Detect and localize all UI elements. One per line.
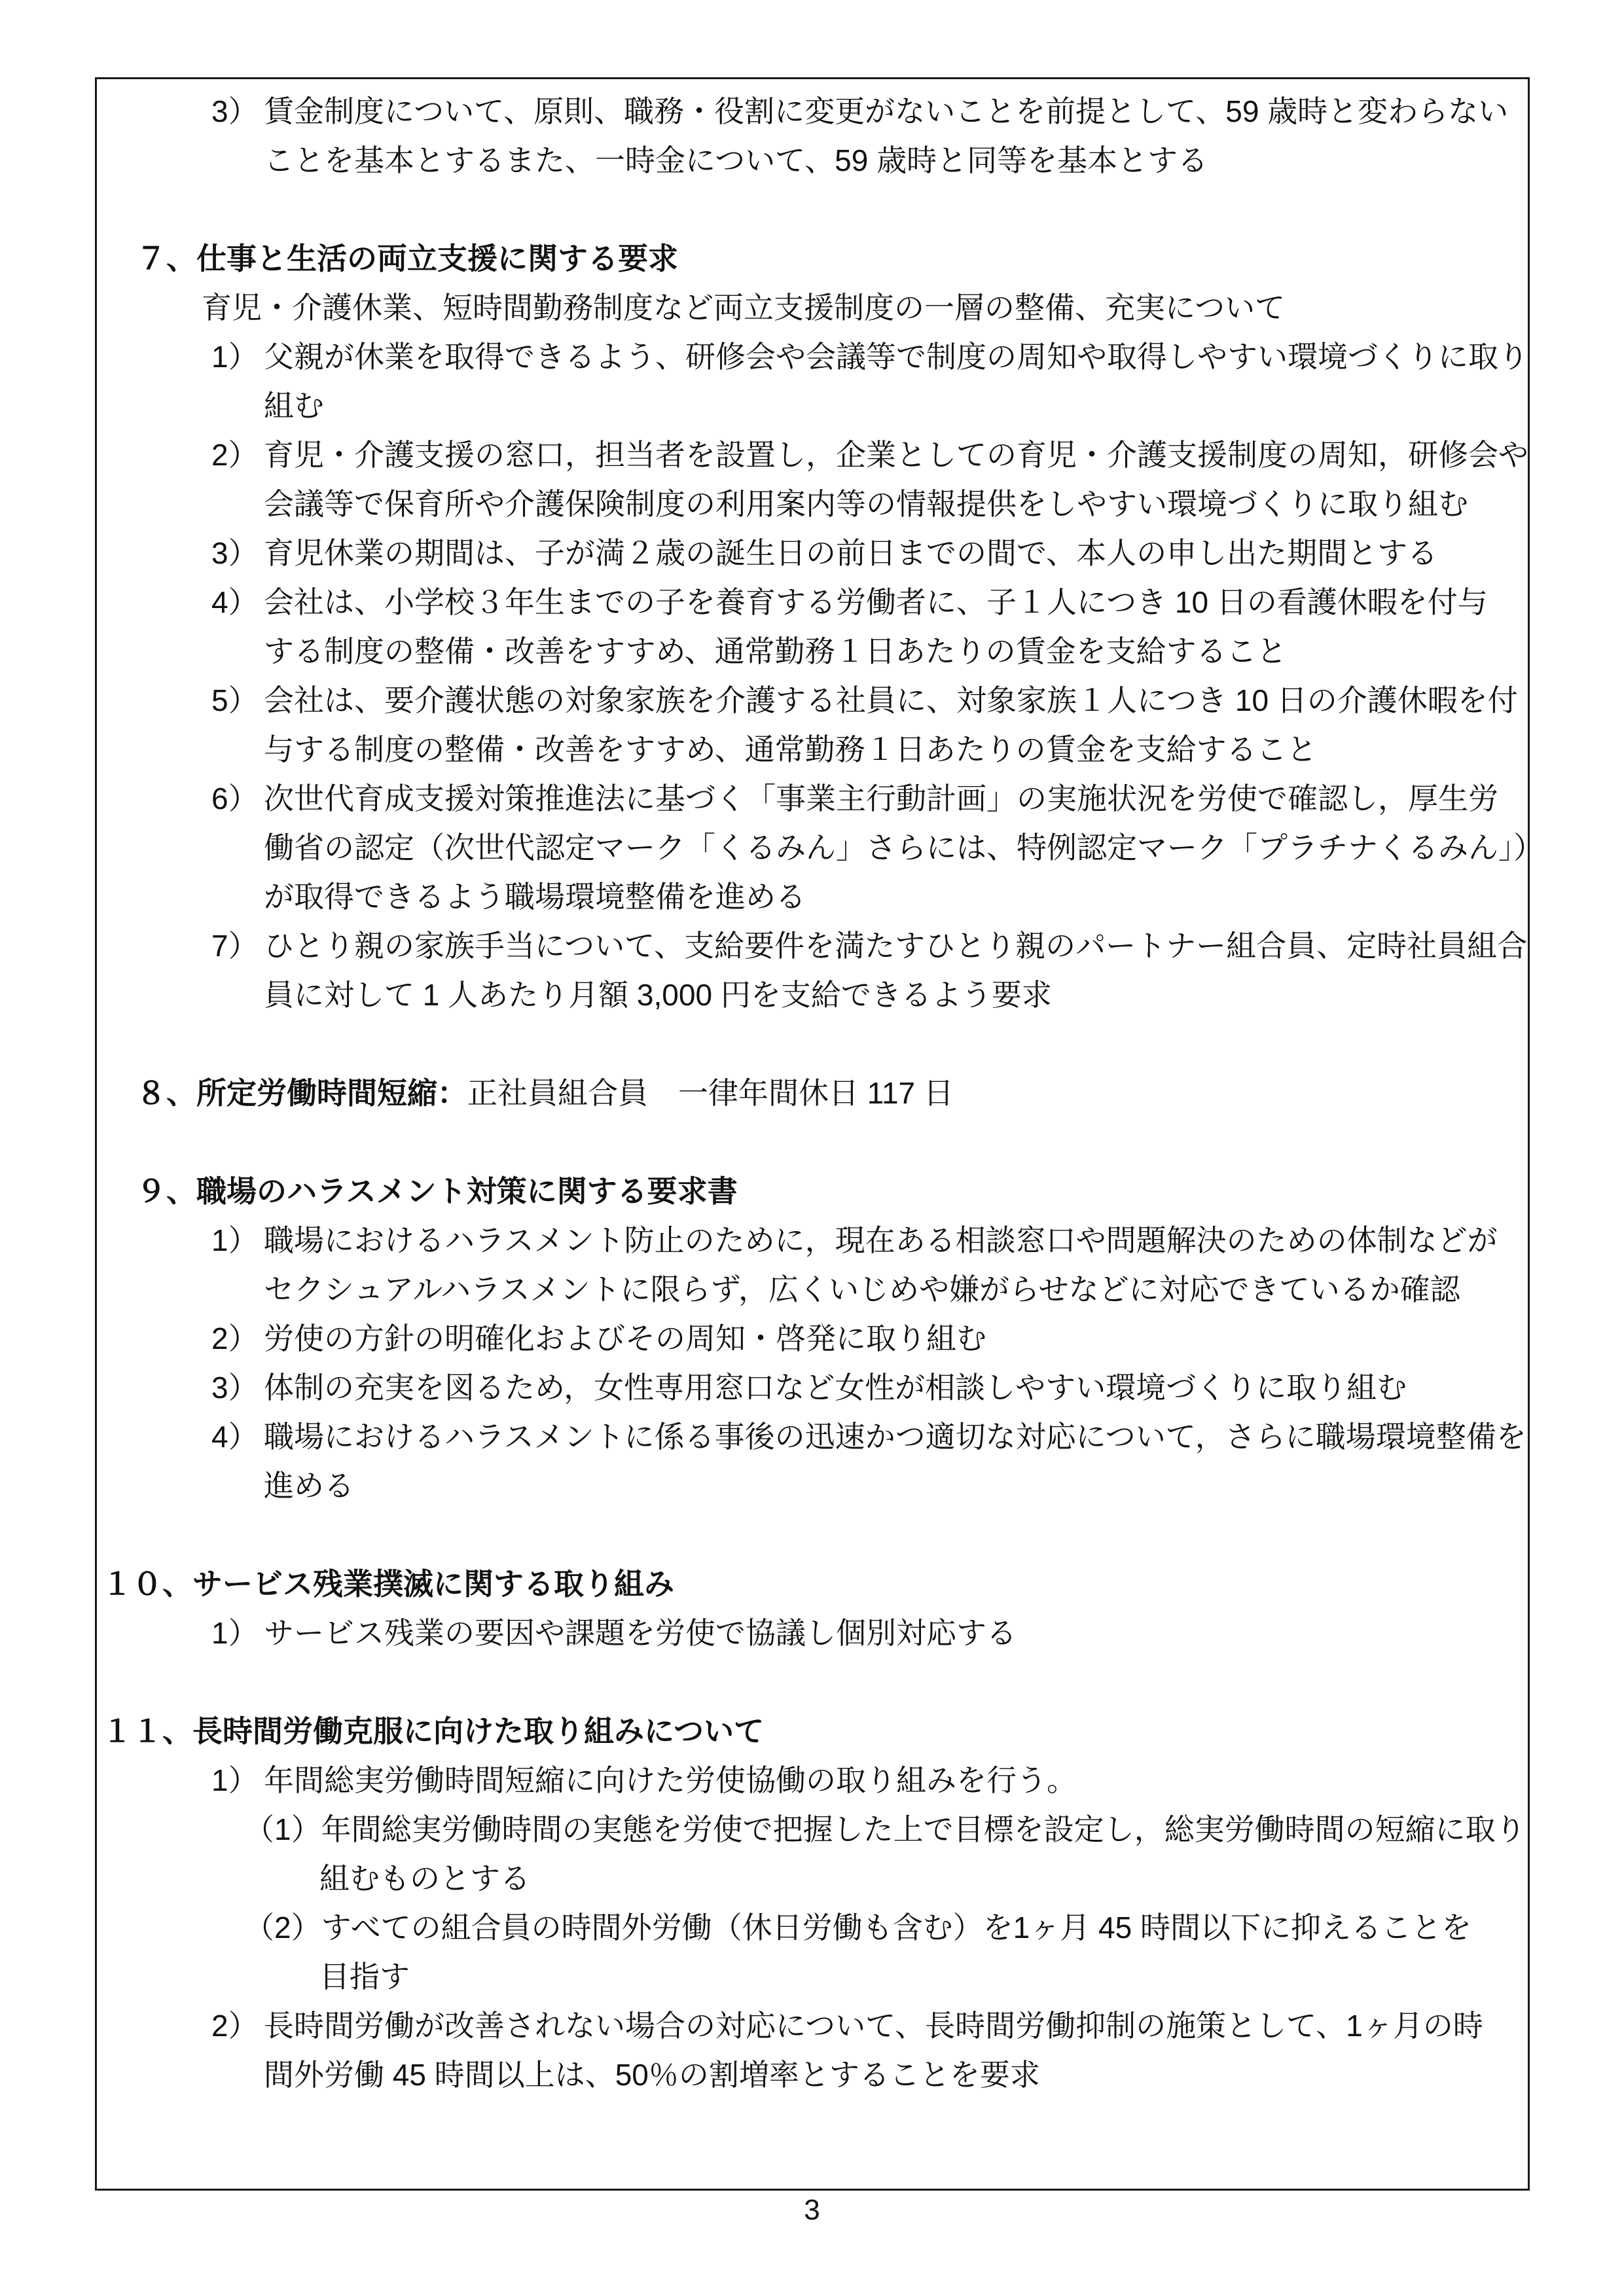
item-marker: 2） [211,431,264,480]
item-marker: （2） [244,1903,321,1952]
section-8-heading: ８、所定労働時間短縮：正社員組合員 一律年間休日 117 日 [97,1069,1528,1118]
item-marker: 3） [211,87,264,136]
list-item: 1） サービス残業の要因や課題を労使で協議し個別対応する [97,1609,1528,1658]
list-item: 4） 職場におけるハラスメントに係る事後の迅速かつ適切な対応について，さらに職場… [97,1412,1528,1462]
list-item: 2） 長時間労働が改善されない場合の対応について、長時間労働抑制の施策として、1… [97,2001,1528,2051]
list-item-continuation: ことを基本とするまた、一時金について、59 歳時と同等を基本とする [97,136,1528,185]
item-text: サービス残業の要因や課題を労使で協議し個別対応する [264,1609,1017,1658]
sub-list-item: （1） 年間総実労働時間の実態を労使で把握した上で目標を設定し，総実労働時間の短… [97,1805,1528,1854]
item-text: 労使の方針の明確化およびその周知・啓発に取り組む [264,1314,986,1363]
list-item: 1） 年間総実労働時間短縮に向けた労使協働の取り組みを行う。 [97,1756,1528,1805]
item-marker: 1） [211,1609,264,1658]
item-text: 職場におけるハラスメント防止のために，現在ある相談窓口や問題解決のための体制など… [264,1216,1498,1265]
section-7-intro: 育児・介護休業、短時間勤務制度など両立支援制度の一層の整備、充実について [97,283,1528,332]
item-text: 育児休業の期間は、子が満２歳の誕生日の前日までの間で、本人の申し出た期間とする [264,529,1437,578]
list-item: 4） 会社は、小学校３年生までの子を養育する労働者に、子１人につき 10 日の看… [97,578,1528,627]
item-text: 次世代育成支援対策推進法に基づく「事業主行動計画」の実施状況を労使で確認し，厚生… [264,774,1498,823]
sub-list-item: （2） すべての組合員の時間外労働（休日労働も含む）を1ヶ月 45 時間以下に抑… [97,1903,1528,1952]
section-9-heading: ９、職場のハラスメント対策に関する要求書 [97,1167,1528,1216]
item-marker: 2） [211,2001,264,2051]
item-marker: 2） [211,1314,264,1363]
list-item: 5） 会社は、要介護状態の対象家族を介護する社員に、対象家族１人につき 10 日… [97,676,1528,725]
item-marker: 6） [211,774,264,823]
item-marker: （1） [244,1805,321,1854]
list-item-continuation: 与する制度の整備・改善をすすめ、通常勤務１日あたりの賃金を支給すること [97,725,1528,774]
item-text: すべての組合員の時間外労働（休日労働も含む）を1ヶ月 45 時間以下に抑えること… [321,1903,1471,1952]
list-item-continuation: セクシュアルハラスメントに限らず，広くいじめや嫌がらせなどに対応できているか確認 [97,1265,1528,1314]
list-item: 3） 体制の充実を図るため，女性専用窓口など女性が相談しやすい環境づくりに取り組… [97,1363,1528,1412]
list-item: 2） 労使の方針の明確化およびその周知・啓発に取り組む [97,1314,1528,1363]
item-marker: 1） [211,1756,264,1805]
list-item-continuation: 間外労働 45 時間以上は、50％の割増率とすることを要求 [97,2051,1528,2100]
list-item: 2） 育児・介護支援の窓口，担当者を設置し，企業としての育児・介護支援制度の周知… [97,431,1528,480]
list-item: 3） 育児休業の期間は、子が満２歳の誕生日の前日までの間で、本人の申し出た期間と… [97,529,1528,578]
list-item: 7） ひとり親の家族手当について、支給要件を満たすひとり親のパートナー組合員、定… [97,922,1528,971]
item-text: ひとり親の家族手当について、支給要件を満たすひとり親のパートナー組合員、定時社員… [264,922,1527,971]
list-item: 1） 職場におけるハラスメント防止のために，現在ある相談窓口や問題解決のための体… [97,1216,1528,1265]
section-11-heading: １１、長時間労働克服に向けた取り組みについて [97,1707,1528,1756]
sub-list-item-continuation: 組むものとする [97,1854,1528,1903]
item-text: 会社は、小学校３年生までの子を養育する労働者に、子１人につき 10 日の看護休暇… [264,578,1488,627]
section-8-heading-rest: 正社員組合員 一律年間休日 117 日 [467,1076,954,1110]
section-7-heading: ７、仕事と生活の両立支援に関する要求 [97,234,1528,283]
list-item-continuation: 員に対して 1 人あたり月額 3,000 円を支給できるよう要求 [97,971,1528,1020]
item-marker: 3） [211,529,264,578]
list-item: 3） 賃金制度について、原則、職務・役割に変更がないことを前提として、59 歳時… [97,87,1528,136]
item-marker: 3） [211,1363,264,1412]
item-marker: 7） [211,922,264,971]
section-8-heading-bold: ８、所定労働時間短縮： [136,1076,467,1110]
list-item-continuation: 会議等で保育所や介護保険制度の利用案内等の情報提供をしやすい環境づくりに取り組む [97,480,1528,529]
list-item: 6） 次世代育成支援対策推進法に基づく「事業主行動計画」の実施状況を労使で確認し… [97,774,1528,823]
item-text: 体制の充実を図るため，女性専用窓口など女性が相談しやすい環境づくりに取り組む [264,1363,1407,1412]
item-text: 長時間労働が改善されない場合の対応について、長時間労働抑制の施策として、1ヶ月の… [264,2001,1483,2051]
item-marker: 1） [211,332,264,382]
item-marker: 4） [211,578,264,627]
item-marker: 1） [211,1216,264,1265]
item-text: 職場におけるハラスメントに係る事後の迅速かつ適切な対応について，さらに職場環境整… [264,1412,1526,1462]
item-marker: 4） [211,1412,264,1462]
list-item-continuation: 組む [97,382,1528,431]
item-marker: 5） [211,676,264,725]
list-item-continuation: する制度の整備・改善をすすめ、通常勤務１日あたりの賃金を支給すること [97,627,1528,676]
list-item-continuation: 進める [97,1462,1528,1511]
item-text: 賃金制度について、原則、職務・役割に変更がないことを前提として、59 歳時と変わ… [264,87,1508,136]
list-item-continuation: 働省の認定（次世代認定マーク「くるみん」さらには、特例認定マーク「プラチナくるみ… [97,823,1528,872]
item-text: 年間総実労働時間の実態を労使で把握した上で目標を設定し，総実労働時間の短縮に取り [321,1805,1526,1854]
sub-list-item-continuation: 目指す [97,1952,1528,2001]
item-text: 父親が休業を取得できるよう、研修会や会議等で制度の周知や取得しやすい環境づくりに… [264,332,1528,382]
item-text: 会社は、要介護状態の対象家族を介護する社員に、対象家族１人につき 10 日の介護… [264,676,1518,725]
item-text: 年間総実労働時間短縮に向けた労使協働の取り組みを行う。 [264,1756,1077,1805]
list-item: 1） 父親が休業を取得できるよう、研修会や会議等で制度の周知や取得しやすい環境づ… [97,332,1528,382]
page-number: 3 [0,2194,1624,2227]
section-10-heading: １０、サービス残業撲滅に関する取り組み [97,1560,1528,1609]
list-item-continuation: が取得できるよう職場環境整備を進める [97,872,1528,922]
document-border-frame: 3） 賃金制度について、原則、職務・役割に変更がないことを前提として、59 歳時… [95,77,1530,2191]
item-text: 育児・介護支援の窓口，担当者を設置し，企業としての育児・介護支援制度の周知，研修… [264,431,1528,480]
